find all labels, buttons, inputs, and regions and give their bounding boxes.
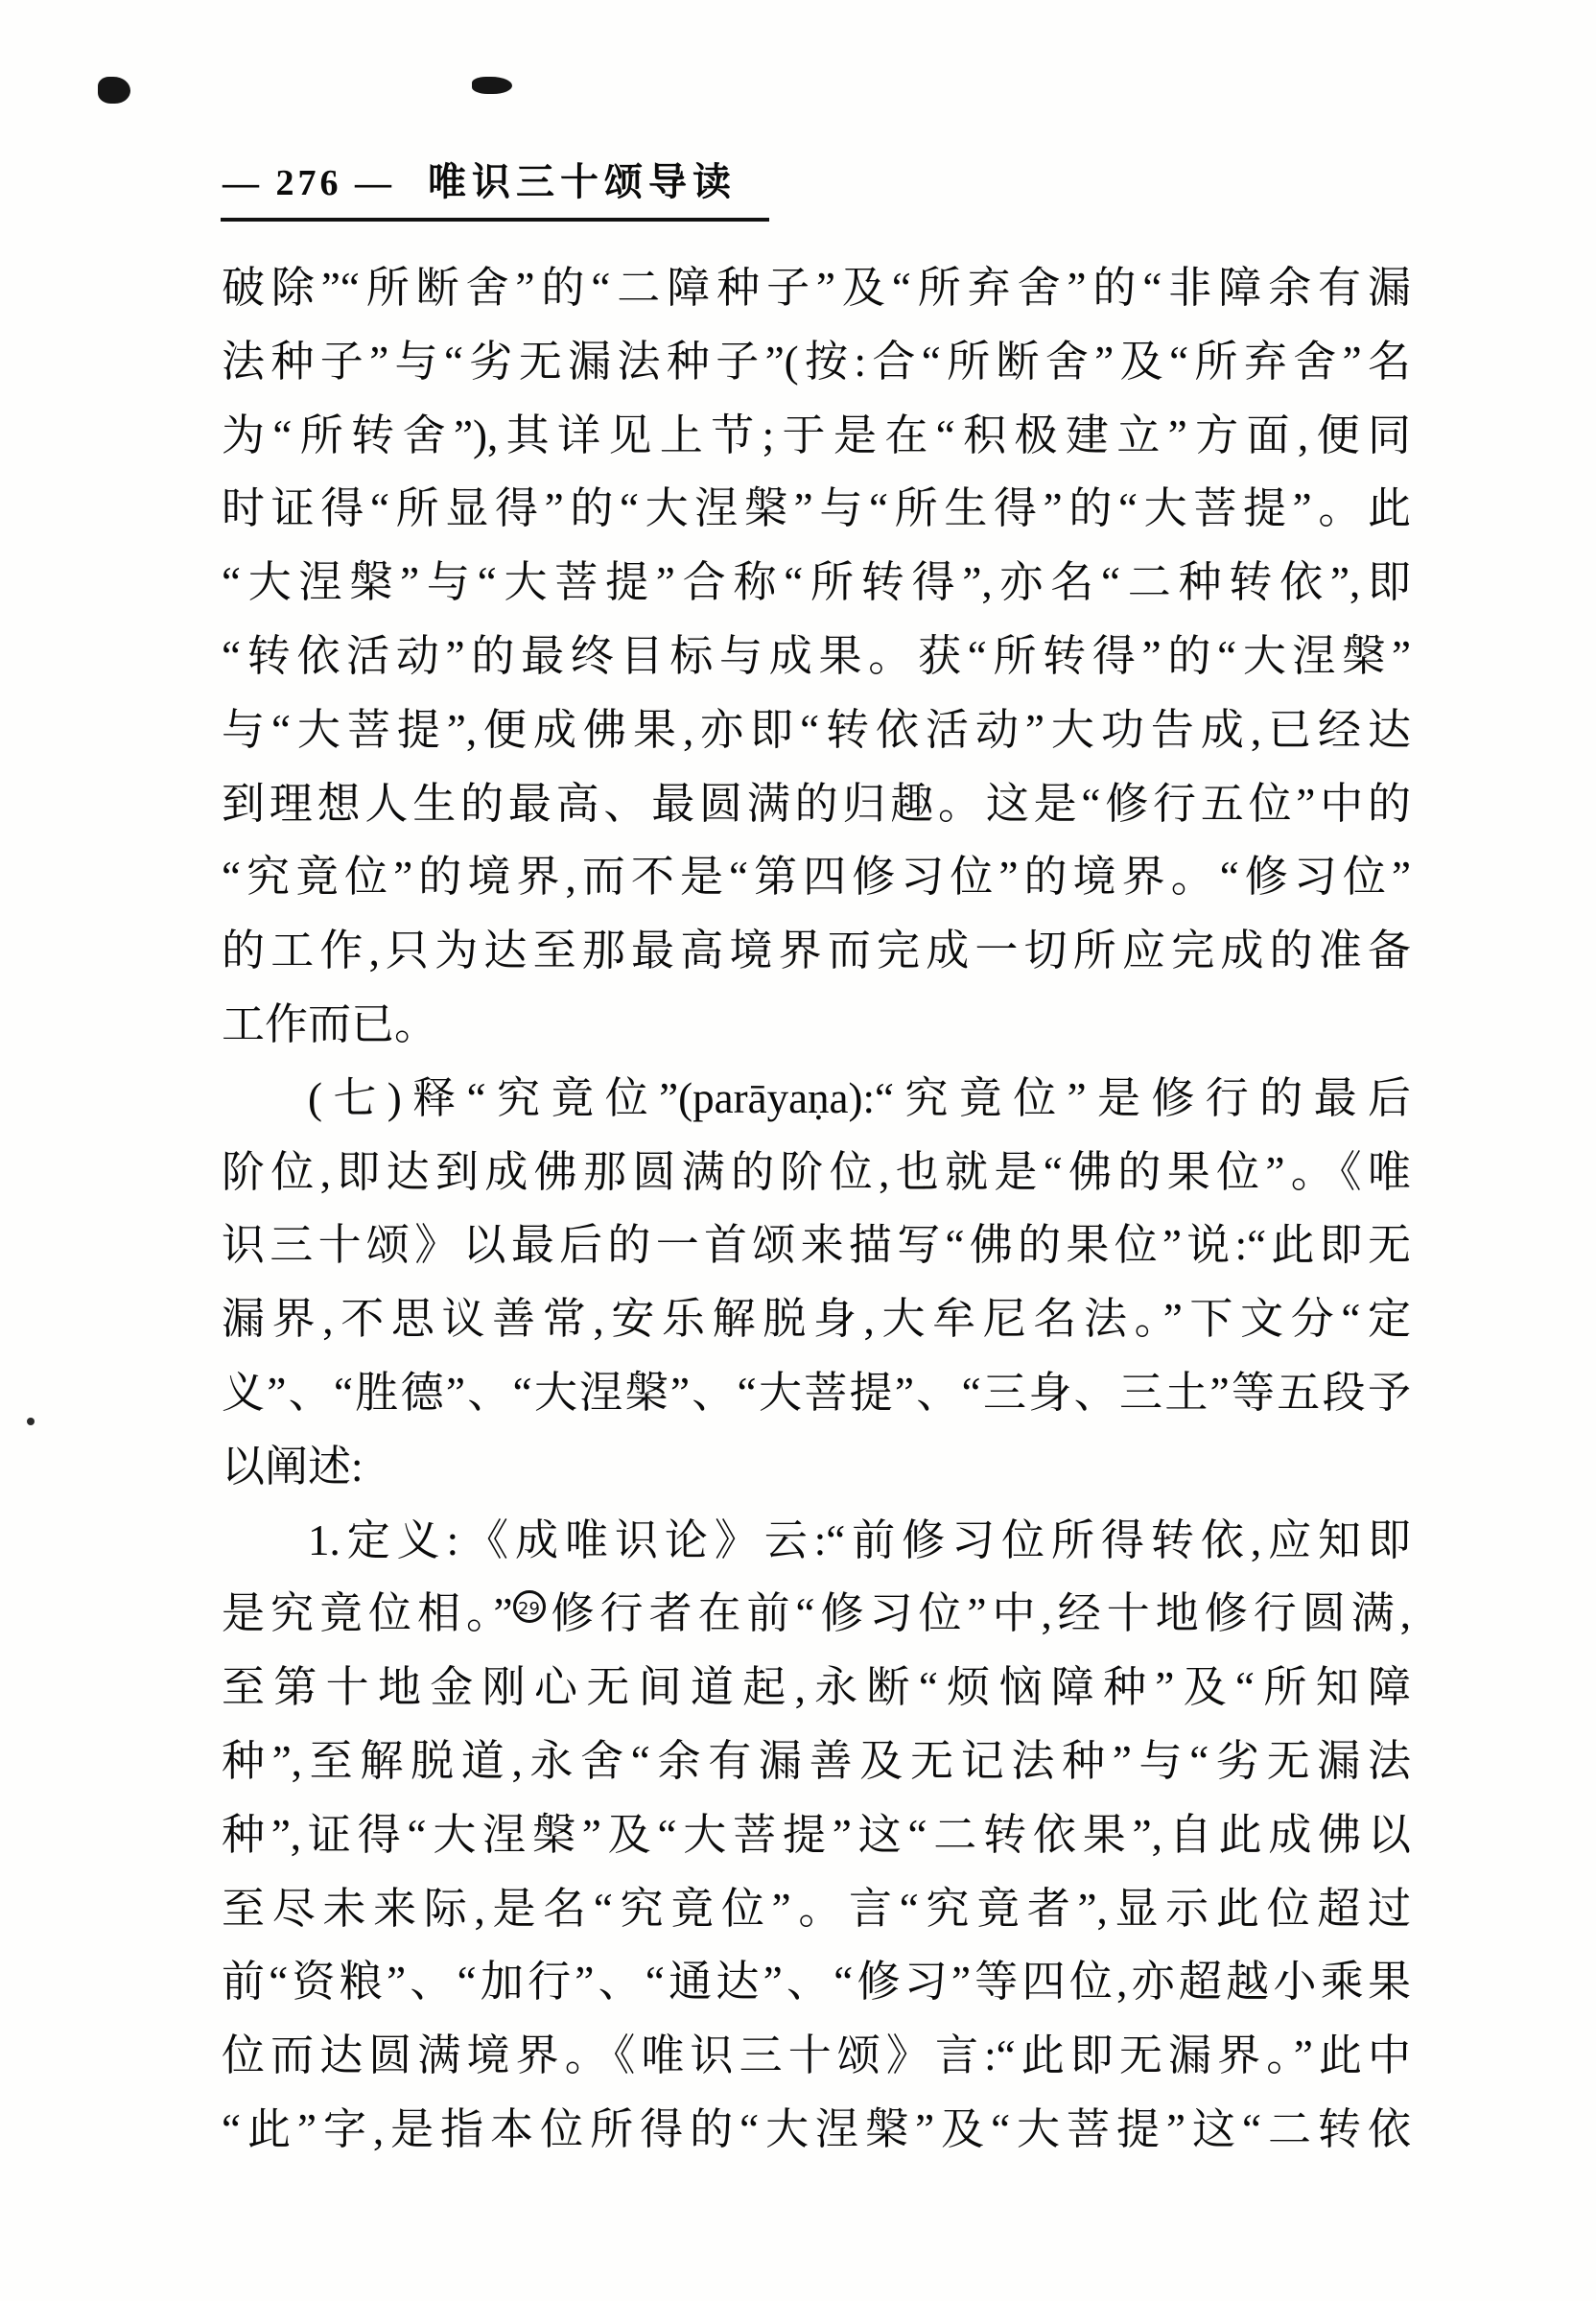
text-line: 以阐述: <box>222 1430 1411 1504</box>
running-title: 唯识三十颂导读 <box>428 160 737 203</box>
text-line: 至第十地金刚心无间道起,永断“烦恼障种”及“所知障 <box>222 1651 1411 1725</box>
text-line: 工作而已。 <box>222 988 1411 1062</box>
text-line: 与“大菩提”,便成佛果,亦即“转依活动”大功告成,已经达 <box>222 693 1411 767</box>
text-line: 漏界,不思议善常,安乐解脱身,大牟尼名法。”下文分“定 <box>222 1282 1411 1356</box>
text-line: 到理想人生的最高、最圆满的归趣。这是“修行五位”中的 <box>222 767 1411 841</box>
text-line: “究竟位”的境界,而不是“第四修习位”的境界。“修习位” <box>222 840 1411 914</box>
page-number: — 276 — <box>223 163 395 203</box>
text-line: 种”,证得“大涅槃”及“大菩提”这“二转依果”,自此成佛以 <box>222 1798 1411 1872</box>
book-page: — 276 —唯识三十颂导读 破除”“所断舍”的“二障种子”及“所弃舍”的“非障… <box>0 0 1596 2301</box>
text-line: 前“资粮”、“加行”、“通达”、“修习”等四位,亦超越小乘果 <box>222 1945 1411 2019</box>
text-line: 种”,至解脱道,永舍“余有漏善及无记法种”与“劣无漏法 <box>222 1725 1411 1798</box>
text-line: “转依活动”的最终目标与成果。获“所转得”的“大涅槃” <box>222 620 1411 693</box>
text-segment: 修行者在前“修习位”中,经十地修行圆满, <box>546 1589 1412 1637</box>
text-line: 位而达圆满境界。《唯识三十颂》言:“此即无漏界。”此中 <box>222 2019 1411 2093</box>
text-line: 的工作,只为达至那最高境界而完成一切所应完成的准备 <box>222 914 1411 988</box>
page-header: — 276 —唯识三十颂导读 <box>221 152 769 222</box>
text-line: 时证得“所显得”的“大涅槃”与“所生得”的“大菩提”。此 <box>222 472 1411 546</box>
text-line: “大涅槃”与“大菩提”合称“所转得”,亦名“二种转依”,即 <box>222 546 1411 620</box>
text-line: 至尽未来际,是名“究竟位”。言“究竟者”,显示此位超过 <box>222 1872 1411 1946</box>
stray-mark <box>27 1418 35 1425</box>
page-body: 破除”“所断舍”的“二障种子”及“所弃舍”的“非障余有漏 法种子”与“劣无漏法种… <box>222 251 1411 2167</box>
text-line: 识三十颂》以最后的一首颂来描写“佛的果位”说:“此即无 <box>222 1209 1411 1282</box>
footnote-marker: 29 <box>513 1590 546 1623</box>
text-line: “此”字,是指本位所得的“大涅槃”及“大菩提”这“二转依 <box>222 2093 1411 2167</box>
text-line: 义”、“胜德”、“大涅槃”、“大菩提”、“三身、三土”等五段予 <box>222 1356 1411 1430</box>
text-line: 为“所转舍”),其详见上节;于是在“积极建立”方面,便同 <box>222 399 1411 473</box>
text-segment: 是究竟位相。” <box>222 1589 513 1637</box>
text-line: 是究竟位相。”29修行者在前“修习位”中,经十地修行圆满, <box>222 1577 1411 1651</box>
text-line: 阶位,即达到成佛那圆满的阶位,也就是“佛的果位”。《唯 <box>222 1136 1411 1209</box>
text-line: 1.定义:《成唯识论》云:“前修习位所得转依,应知即 <box>222 1504 1411 1578</box>
scan-speck <box>98 77 130 104</box>
text-line: 法种子”与“劣无漏法种子”(按:合“所断舍”及“所弃舍”名 <box>222 325 1411 399</box>
text-line: (七)释“究竟位”(parāyaṇa):“究竟位”是修行的最后 <box>222 1062 1411 1136</box>
scan-speck <box>472 77 512 94</box>
text-line: 破除”“所断舍”的“二障种子”及“所弃舍”的“非障余有漏 <box>222 251 1411 325</box>
